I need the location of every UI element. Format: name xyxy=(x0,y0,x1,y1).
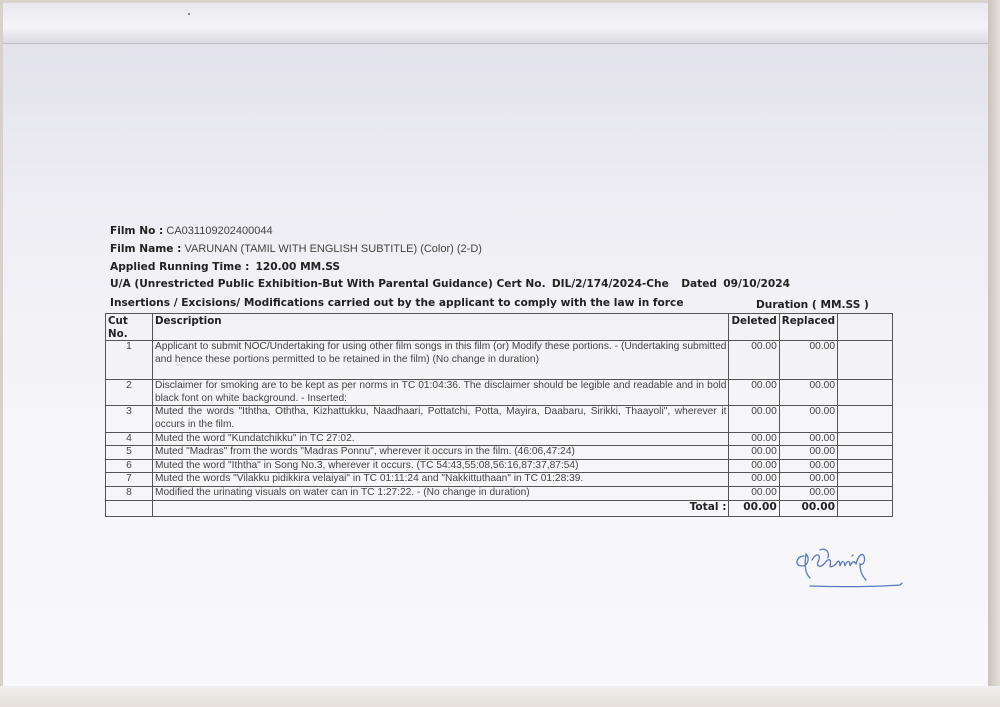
deleted-duration: 00.00 xyxy=(729,446,779,460)
deleted-duration: 00.00 xyxy=(729,473,779,487)
deleted-duration: 00.00 xyxy=(729,341,779,380)
cut-description: Muted the words "Vilakku pidikkira velai… xyxy=(153,473,729,487)
replaced-duration: 00.00 xyxy=(779,446,837,460)
deleted-duration: 00.00 xyxy=(729,459,779,473)
replaced-duration: 00.00 xyxy=(779,341,837,380)
replaced-duration: 00.00 xyxy=(779,432,837,446)
table-row: 5Muted "Madras" from the words "Madras P… xyxy=(106,446,893,460)
table-row: 2Disclaimer for smoking are to be kept a… xyxy=(106,380,893,406)
cut-description: Muted the words "Iththa, Oththa, Kizhatt… xyxy=(153,406,729,432)
film-name-label: Film Name : xyxy=(110,243,181,255)
cut-number: 8 xyxy=(106,486,153,500)
header-extra xyxy=(838,314,893,341)
extra-cell xyxy=(838,380,893,406)
running-time-label: Applied Running Time : xyxy=(110,261,249,273)
cut-description: Applicant to submit NOC/Undertaking for … xyxy=(153,341,729,380)
certificate-text: U/A (Unrestricted Public Exhibition-But … xyxy=(110,278,546,290)
extra-cell xyxy=(838,473,893,487)
cut-number: 1 xyxy=(106,341,153,380)
table-row: 6Muted the word "Iththa" in Song No.3, w… xyxy=(106,459,893,473)
film-no-line: Film No : CA031109202400044 xyxy=(110,225,273,237)
header-description: Description xyxy=(153,314,729,341)
extra-cell xyxy=(838,486,893,500)
signature xyxy=(790,538,920,598)
running-time-line: Applied Running Time : 120.00 MM.SS xyxy=(110,261,340,273)
extra-cell xyxy=(838,341,893,380)
deleted-duration: 00.00 xyxy=(729,486,779,500)
signature-ink xyxy=(797,549,902,586)
cut-description: Muted the word "Kundatchikku" in TC 27:0… xyxy=(153,432,729,446)
extra-cell xyxy=(838,432,893,446)
cut-number: 2 xyxy=(106,380,153,406)
replaced-duration: 00.00 xyxy=(779,459,837,473)
deleted-duration: 00.00 xyxy=(729,406,779,432)
cut-description: Disclaimer for smoking are to be kept as… xyxy=(153,380,729,406)
cut-number: 4 xyxy=(106,432,153,446)
extra-cell xyxy=(838,446,893,460)
total-replaced: 00.00 xyxy=(779,500,837,516)
folded-page-edge xyxy=(3,3,988,44)
total-deleted: 00.00 xyxy=(729,500,779,516)
cut-number: 3 xyxy=(106,406,153,432)
duration-label: Duration ( MM.SS ) xyxy=(756,299,869,311)
table-row: 7Muted the words "Vilakku pidikkira vela… xyxy=(106,473,893,487)
scan-bottom-edge xyxy=(0,686,1000,707)
table-header-row: Cut No. Description Deleted Replaced xyxy=(106,314,893,341)
total-spacer xyxy=(106,500,153,516)
header-deleted: Deleted xyxy=(729,314,779,341)
film-no-label: Film No : xyxy=(110,225,163,237)
running-time-value: 120.00 MM.SS xyxy=(256,261,340,273)
cut-number: 5 xyxy=(106,446,153,460)
table-row: 4Muted the word "Kundatchikku" in TC 27:… xyxy=(106,432,893,446)
total-extra xyxy=(838,500,893,516)
scan-speck xyxy=(188,13,190,15)
replaced-duration: 00.00 xyxy=(779,486,837,500)
deleted-duration: 00.00 xyxy=(729,380,779,406)
cuts-table: Cut No. Description Deleted Replaced 1Ap… xyxy=(105,313,893,517)
film-no-value: CA031109202400044 xyxy=(166,225,272,237)
cut-number: 7 xyxy=(106,473,153,487)
table-row: 1Applicant to submit NOC/Undertaking for… xyxy=(106,341,893,380)
total-row: Total : 00.00 00.00 xyxy=(106,500,893,516)
table-row: 8Modified the urinating visuals on water… xyxy=(106,486,893,500)
dated-value: 09/10/2024 xyxy=(723,278,790,290)
section-title: Insertions / Excisions/ Modifications ca… xyxy=(110,297,684,309)
replaced-duration: 00.00 xyxy=(779,473,837,487)
cut-description: Modified the urinating visuals on water … xyxy=(153,486,729,500)
header-cut-no: Cut No. xyxy=(106,314,153,341)
cut-number: 6 xyxy=(106,459,153,473)
cert-no: DIL/2/174/2024-Che xyxy=(552,278,669,290)
cut-description: Muted the word "Iththa" in Song No.3, wh… xyxy=(153,459,729,473)
cut-description: Muted "Madras" from the words "Madras Po… xyxy=(153,446,729,460)
certificate-line: U/A (Unrestricted Public Exhibition-But … xyxy=(110,278,790,290)
dated-label: Dated xyxy=(681,278,717,290)
extra-cell xyxy=(838,459,893,473)
total-label: Total : xyxy=(153,500,729,516)
scan-right-edge xyxy=(988,0,1000,707)
replaced-duration: 00.00 xyxy=(779,380,837,406)
extra-cell xyxy=(838,406,893,432)
film-name-line: Film Name : VARUNAN (TAMIL WITH ENGLISH … xyxy=(110,243,482,255)
header-replaced: Replaced xyxy=(779,314,837,341)
table-row: 3Muted the words "Iththa, Oththa, Kizhat… xyxy=(106,406,893,432)
deleted-duration: 00.00 xyxy=(729,432,779,446)
replaced-duration: 00.00 xyxy=(779,406,837,432)
section-title-line: Insertions / Excisions/ Modifications ca… xyxy=(110,297,684,309)
film-name-value: VARUNAN (TAMIL WITH ENGLISH SUBTITLE) (C… xyxy=(185,243,482,255)
